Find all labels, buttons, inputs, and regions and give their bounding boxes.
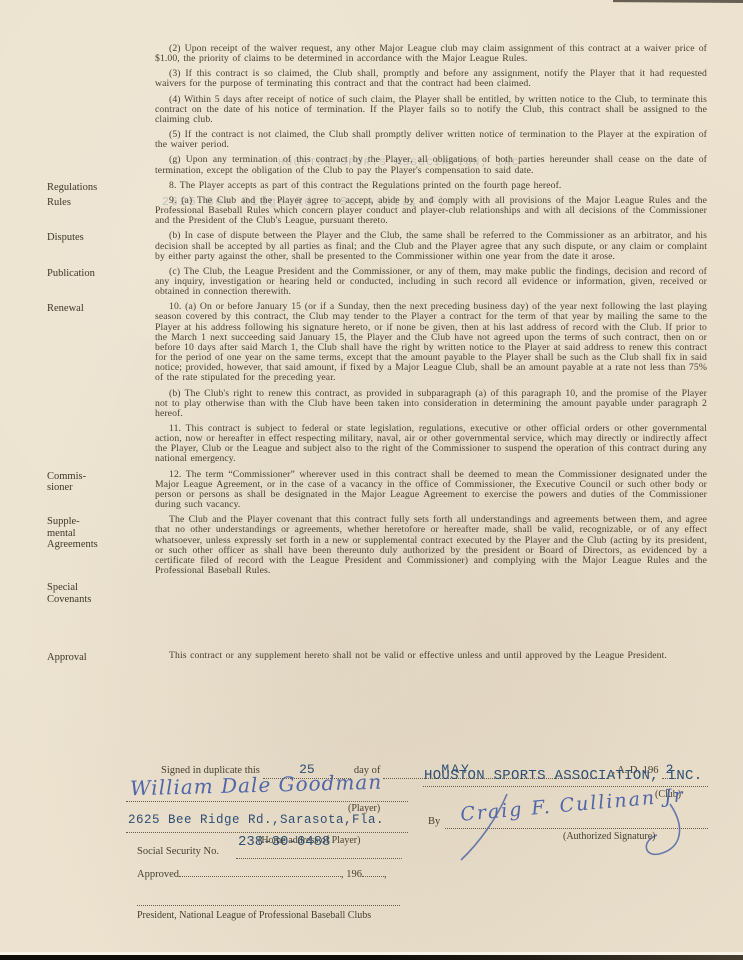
section-regulations: Regulations 8. The Player accepts as par…: [47, 181, 707, 196]
margin-label-disputes: Disputes: [47, 231, 155, 244]
clause-approval: This contract or any supplement hereto s…: [155, 651, 707, 661]
special-covenants-blank: [155, 581, 707, 651]
section-publication: Publication (c) The Club, the League Pre…: [47, 267, 707, 302]
scan-edge-top: [613, 0, 743, 3]
contract-page: HOUSTON SPORTS ASSOCIATION, INC. 2625 Be…: [0, 0, 743, 960]
approved-row: Approved , 196 ,: [137, 869, 387, 880]
section-approval: Approval This contract or any supplement…: [47, 651, 707, 666]
section-disputes: Disputes (b) In case of dispute between …: [47, 231, 707, 266]
address-line: [126, 817, 408, 833]
player-signature-line: [126, 786, 408, 802]
margin-label-regulations: Regulations: [47, 181, 155, 194]
ssn-label: Social Security No.: [137, 846, 219, 857]
clause-9c: (c) The Club, the League President and t…: [155, 267, 707, 297]
margin-label-renewal: Renewal: [47, 302, 155, 315]
section-emergency: 11. This contract is subject to federal …: [47, 424, 707, 470]
approved-year-blank: [362, 876, 384, 877]
clause-5: (5) If the contract is not claimed, the …: [155, 130, 707, 150]
margin-label-commissioner: Commis- sioner: [47, 470, 155, 494]
margin-label-empty: [47, 44, 155, 45]
clause-2: (2) Upon receipt of the waiver request, …: [155, 44, 707, 64]
approved-blank: [179, 876, 341, 877]
approved-year-label: , 196: [341, 869, 362, 880]
clause-8: 8. The Player accepts as part of this co…: [155, 181, 707, 191]
approved-label: Approved: [137, 869, 179, 880]
clause-10a: 10. (a) On or before January 15 (or if a…: [155, 302, 707, 383]
clause-g: (g) Upon any termination of this contrac…: [155, 155, 707, 175]
section-special-covenants: Special Covenants: [47, 581, 707, 651]
section-commissioner: Commis- sioner 12. The term “Commissione…: [47, 470, 707, 516]
clause-9a: 9. (a) The Club and the Player agree to …: [155, 196, 707, 226]
section-supplemental: Supple- mental Agreements The Club and t…: [47, 515, 707, 581]
president-label: President, National League of Profession…: [137, 910, 371, 921]
club-line: [423, 771, 708, 787]
clause-12: 12. The term “Commissioner” wherever use…: [155, 470, 707, 511]
ssn-line: [236, 843, 402, 859]
clause-supplemental: The Club and the Player covenant that th…: [155, 515, 707, 576]
approved-comma: ,: [384, 869, 387, 880]
margin-label-approval: Approval: [47, 651, 155, 664]
by-label: By: [428, 816, 440, 827]
margin-label-supplemental: Supple- mental Agreements: [47, 515, 155, 551]
clause-11: 11. This contract is subject to federal …: [155, 424, 707, 465]
scan-edge-bottom-dark: [0, 955, 743, 960]
section-renewal: Renewal 10. (a) On or before January 15 …: [47, 302, 707, 424]
clause-4: (4) Within 5 days after receipt of notic…: [155, 95, 707, 125]
margin-label-empty-2: [47, 424, 155, 425]
authorized-label: (Authorized Signature): [563, 831, 655, 842]
section-rules: Rules 9. (a) The Club and the Player agr…: [47, 196, 707, 231]
clause-group-waivers: (2) Upon receipt of the waiver request, …: [47, 44, 707, 181]
clause-10b: (b) The Club's right to renew this contr…: [155, 389, 707, 419]
contract-body: (2) Upon receipt of the waiver request, …: [47, 44, 707, 666]
margin-label-rules: Rules: [47, 196, 155, 209]
clause-9b: (b) In case of dispute between the Playe…: [155, 231, 707, 261]
president-signature-line: [137, 890, 400, 906]
margin-label-special-covenants: Special Covenants: [47, 581, 155, 605]
clause-3: (3) If this contract is so claimed, the …: [155, 69, 707, 89]
signature-flourish: [445, 788, 705, 868]
margin-label-publication: Publication: [47, 267, 155, 280]
